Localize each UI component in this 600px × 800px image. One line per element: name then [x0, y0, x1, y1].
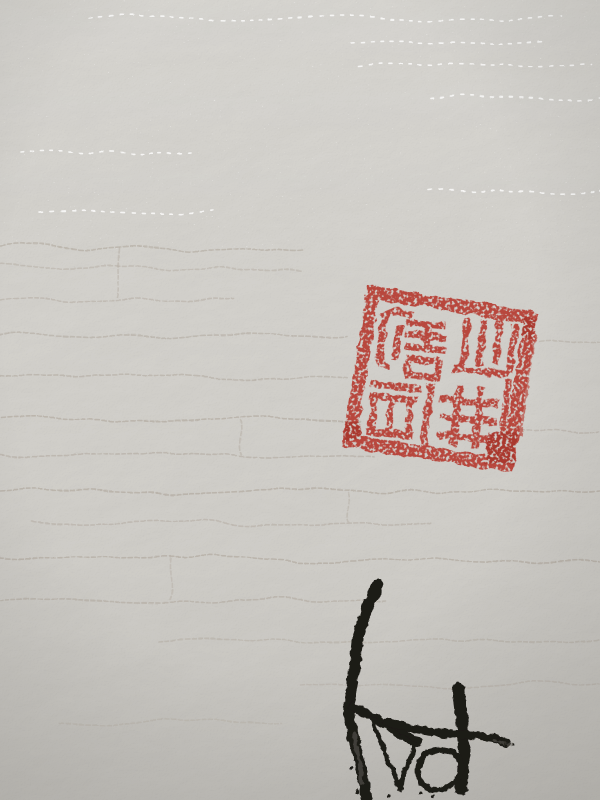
paper-photo [0, 0, 600, 800]
paper-photo-canvas [0, 0, 600, 800]
photo-vignette [0, 0, 600, 800]
